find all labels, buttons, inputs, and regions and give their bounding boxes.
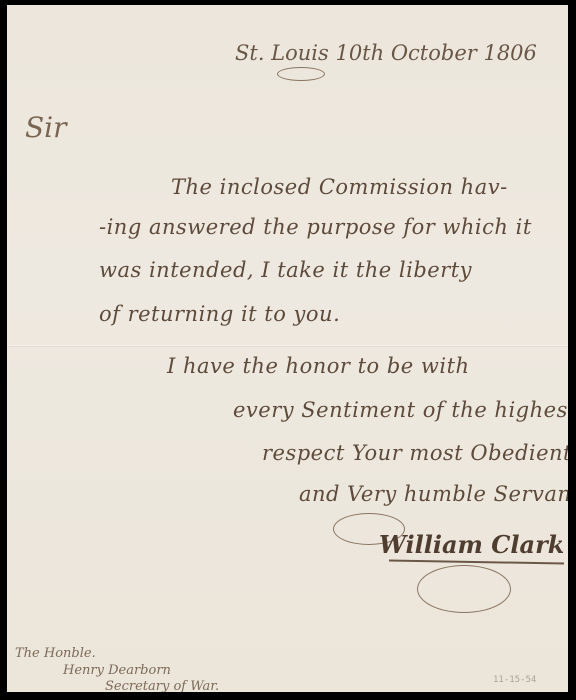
dateline: St. Louis 10th October 1806 <box>235 41 537 65</box>
body-line-3-text: was intended, I take it the liberty <box>99 258 472 282</box>
closing-line-4: and Very humble Servant <box>299 482 568 506</box>
addressee-line-2: Henry Dearborn <box>63 663 171 678</box>
body-line-1: The inclosed Commission hav- <box>171 175 508 199</box>
archival-number: 11-15-54 <box>493 675 536 685</box>
letter-paper: St. Louis 10th October 1806 Sir The incl… <box>7 5 568 692</box>
addressee-line-1: The Honble. <box>15 646 96 661</box>
body-line-3: was intended, I take it the liberty <box>99 258 472 282</box>
salutation: Sir <box>25 111 67 144</box>
body-line-4: of returning it to you. <box>99 302 340 326</box>
closing-line-3: respect Your most Obedient <box>262 441 568 465</box>
addressee-line-3: Secretary of War. <box>105 679 219 692</box>
fold-line <box>7 345 568 347</box>
signature-loop-bottom <box>417 565 511 613</box>
body-line-2: -ing answered the purpose for which it <box>99 215 532 239</box>
dateline-flourish <box>277 67 325 81</box>
closing-line-1: I have the honor to be with <box>167 354 470 378</box>
signature-underline <box>389 559 564 564</box>
signature: William Clark <box>379 530 564 559</box>
closing-line-2: every Sentiment of the highest <box>233 398 568 422</box>
